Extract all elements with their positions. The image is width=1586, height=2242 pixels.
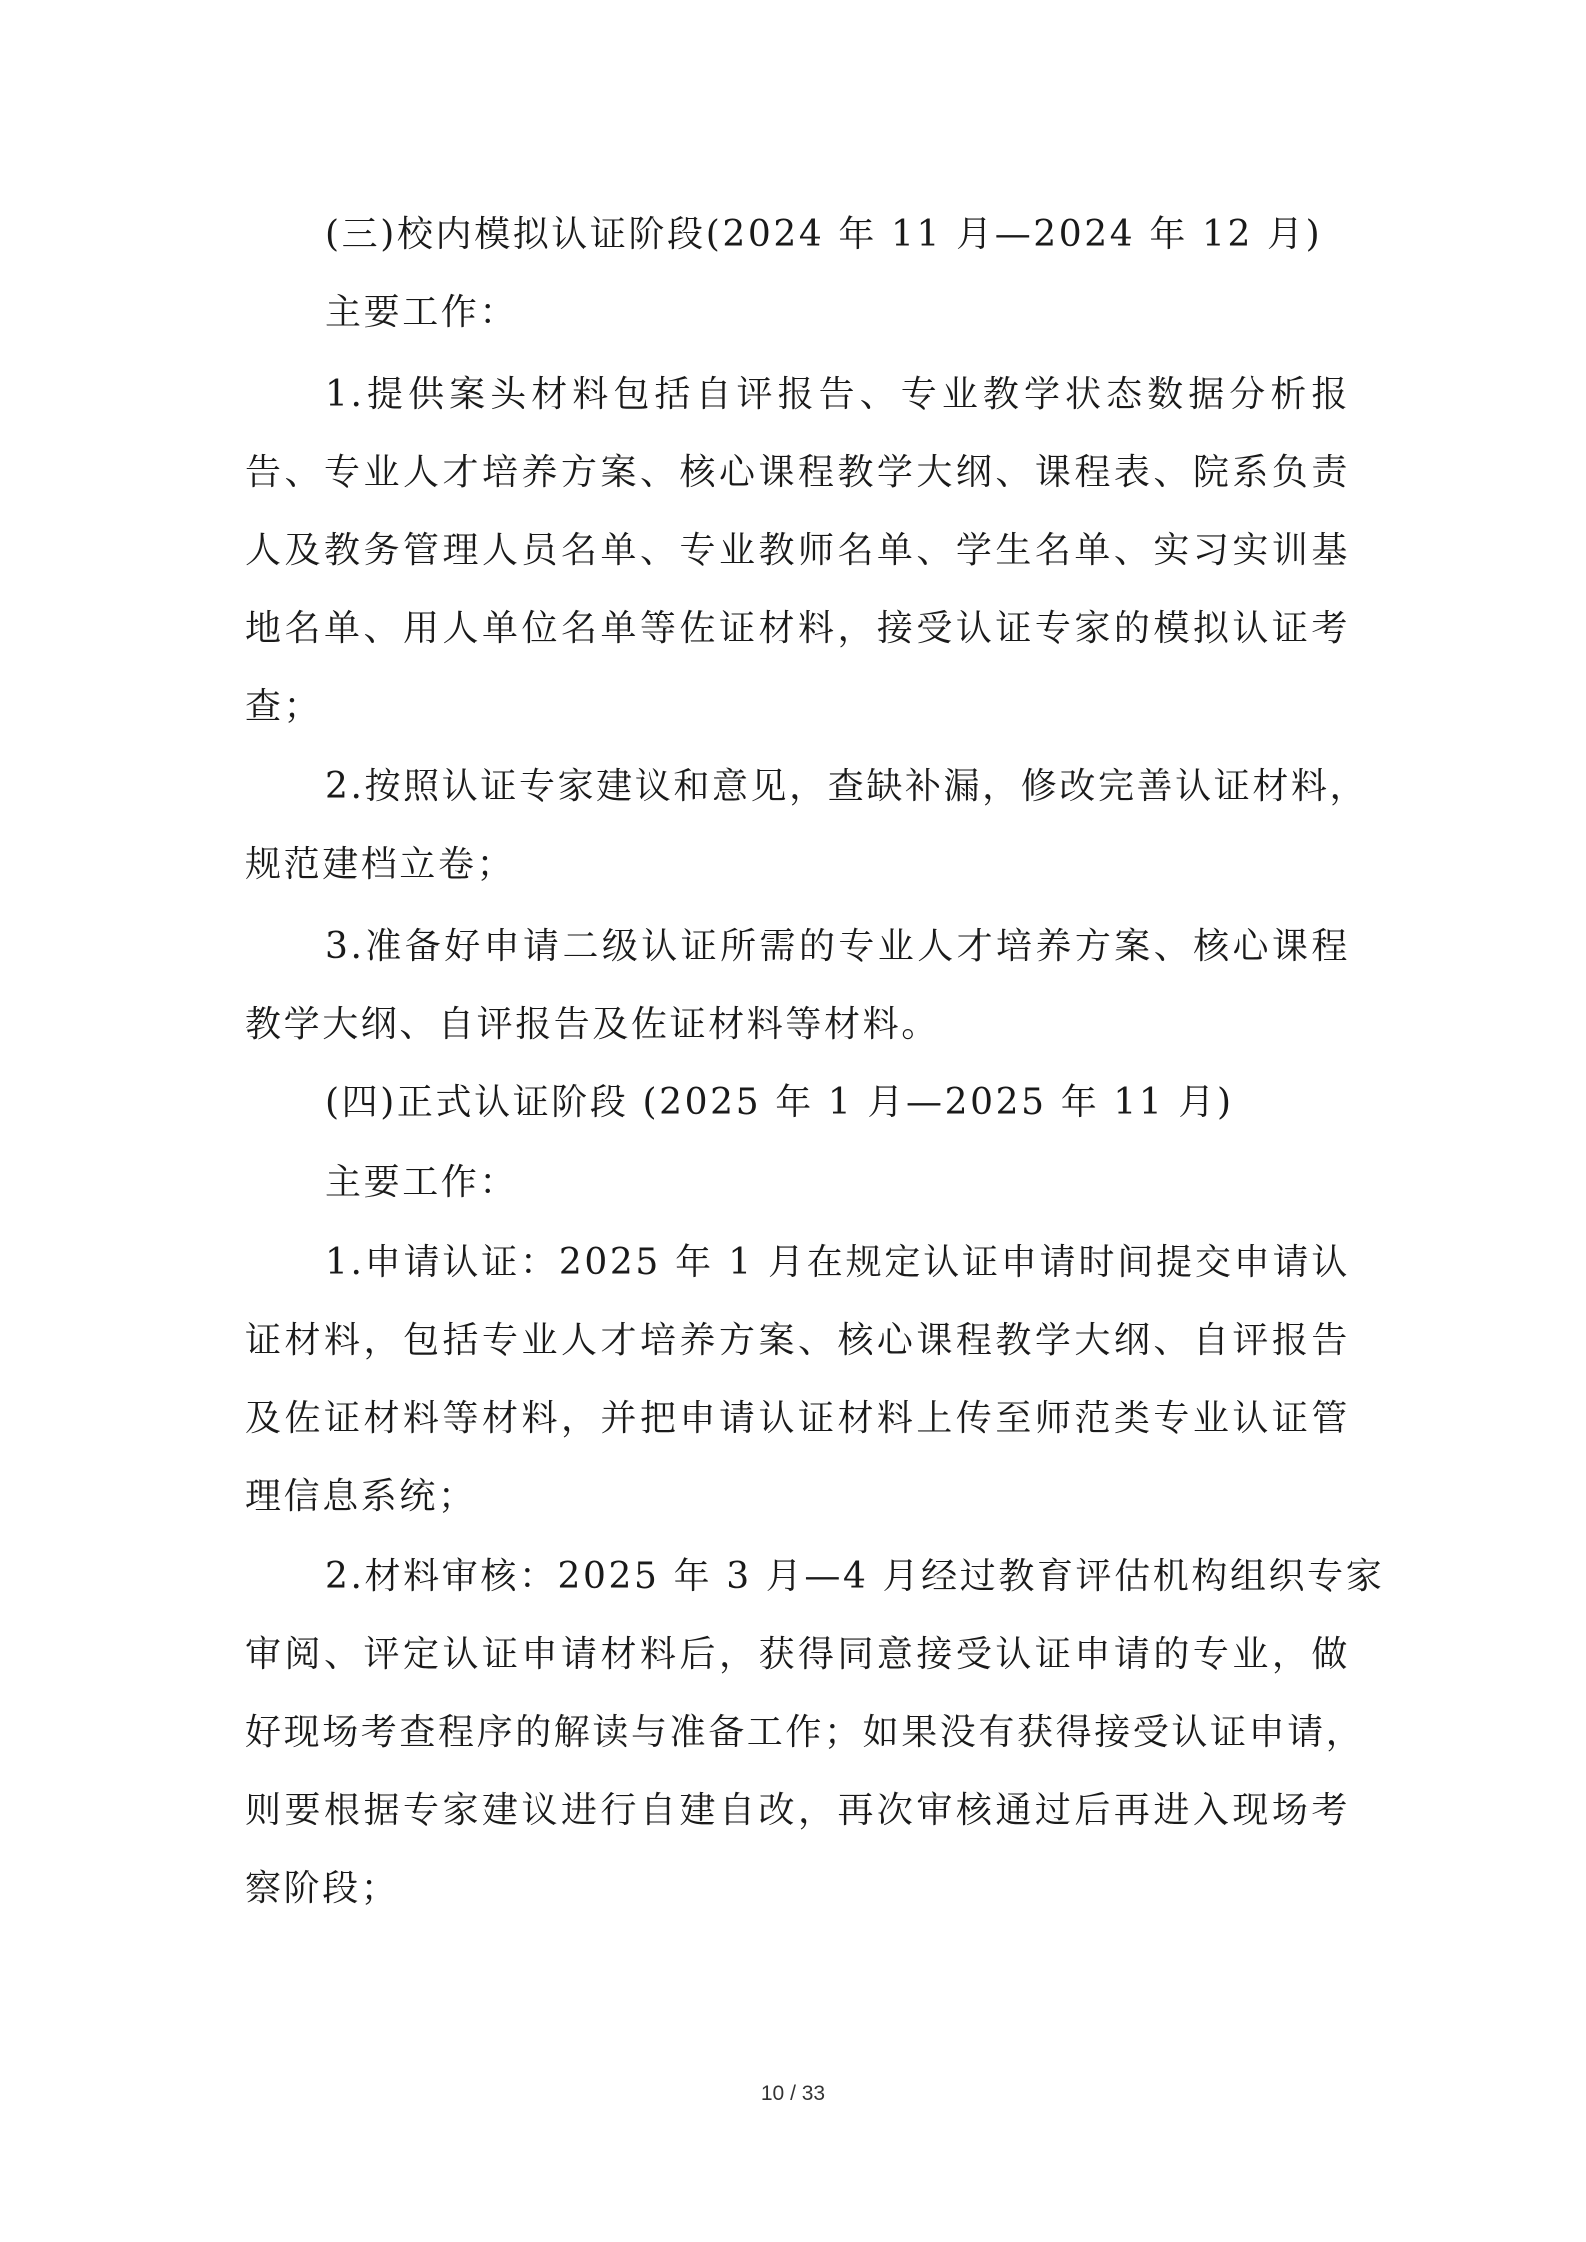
paragraph-line: 1.申请认证：2025 年 1 月在规定认证申请时间提交申请认 — [325, 1233, 1350, 1293]
section-heading-3: (三)校内模拟认证阶段(2024 年 11 月—2024 年 12 月) — [325, 205, 1322, 265]
paragraph-line: 及佐证材料等材料，并把申请认证材料上传至师范类专业认证管 — [245, 1389, 1350, 1449]
paragraph-line: 2.材料审核：2025 年 3 月—4 月经过教育评估机构组织专家 — [325, 1547, 1350, 1607]
paragraph-line: 规范建档立卷； — [245, 835, 515, 895]
section-subheading: 主要工作： — [325, 1153, 518, 1213]
paragraph-line: 3.准备好申请二级认证所需的专业人才培养方案、核心课程 — [325, 917, 1350, 977]
paragraph-line: 察阶段； — [245, 1859, 399, 1919]
paragraph-line: 则要根据专家建议进行自建自改，再次审核通过后再进入现场考 — [245, 1781, 1350, 1841]
paragraph-line: 告、专业人才培养方案、核心课程教学大纲、课程表、院系负责 — [245, 443, 1350, 503]
page-number: 10 / 33 — [0, 2082, 1586, 2106]
paragraph-line: 好现场考查程序的解读与准备工作；如果没有获得接受认证申请， — [245, 1703, 1350, 1763]
paragraph-line: 1.提供案头材料包括自评报告、专业教学状态数据分析报 — [325, 365, 1350, 425]
paragraph-line: 教学大纲、自评报告及佐证材料等材料。 — [245, 995, 940, 1055]
paragraph-line: 证材料，包括专业人才培养方案、核心课程教学大纲、自评报告 — [245, 1311, 1350, 1371]
paragraph-line: 查； — [245, 677, 322, 737]
paragraph-line: 理信息系统； — [245, 1467, 477, 1527]
paragraph-line: 人及教务管理人员名单、专业教师名单、学生名单、实习实训基 — [245, 521, 1350, 581]
section-heading-4: (四)正式认证阶段 (2025 年 1 月—2025 年 11 月) — [325, 1073, 1234, 1133]
document-page: (三)校内模拟认证阶段(2024 年 11 月—2024 年 12 月) 主要工… — [0, 0, 1586, 2242]
section-subheading: 主要工作： — [325, 283, 518, 343]
paragraph-line: 审阅、评定认证申请材料后，获得同意接受认证申请的专业，做 — [245, 1625, 1350, 1685]
paragraph-line: 2.按照认证专家建议和意见，查缺补漏，修改完善认证材料， — [325, 757, 1350, 817]
paragraph-line: 地名单、用人单位名单等佐证材料，接受认证专家的模拟认证考 — [245, 599, 1350, 659]
